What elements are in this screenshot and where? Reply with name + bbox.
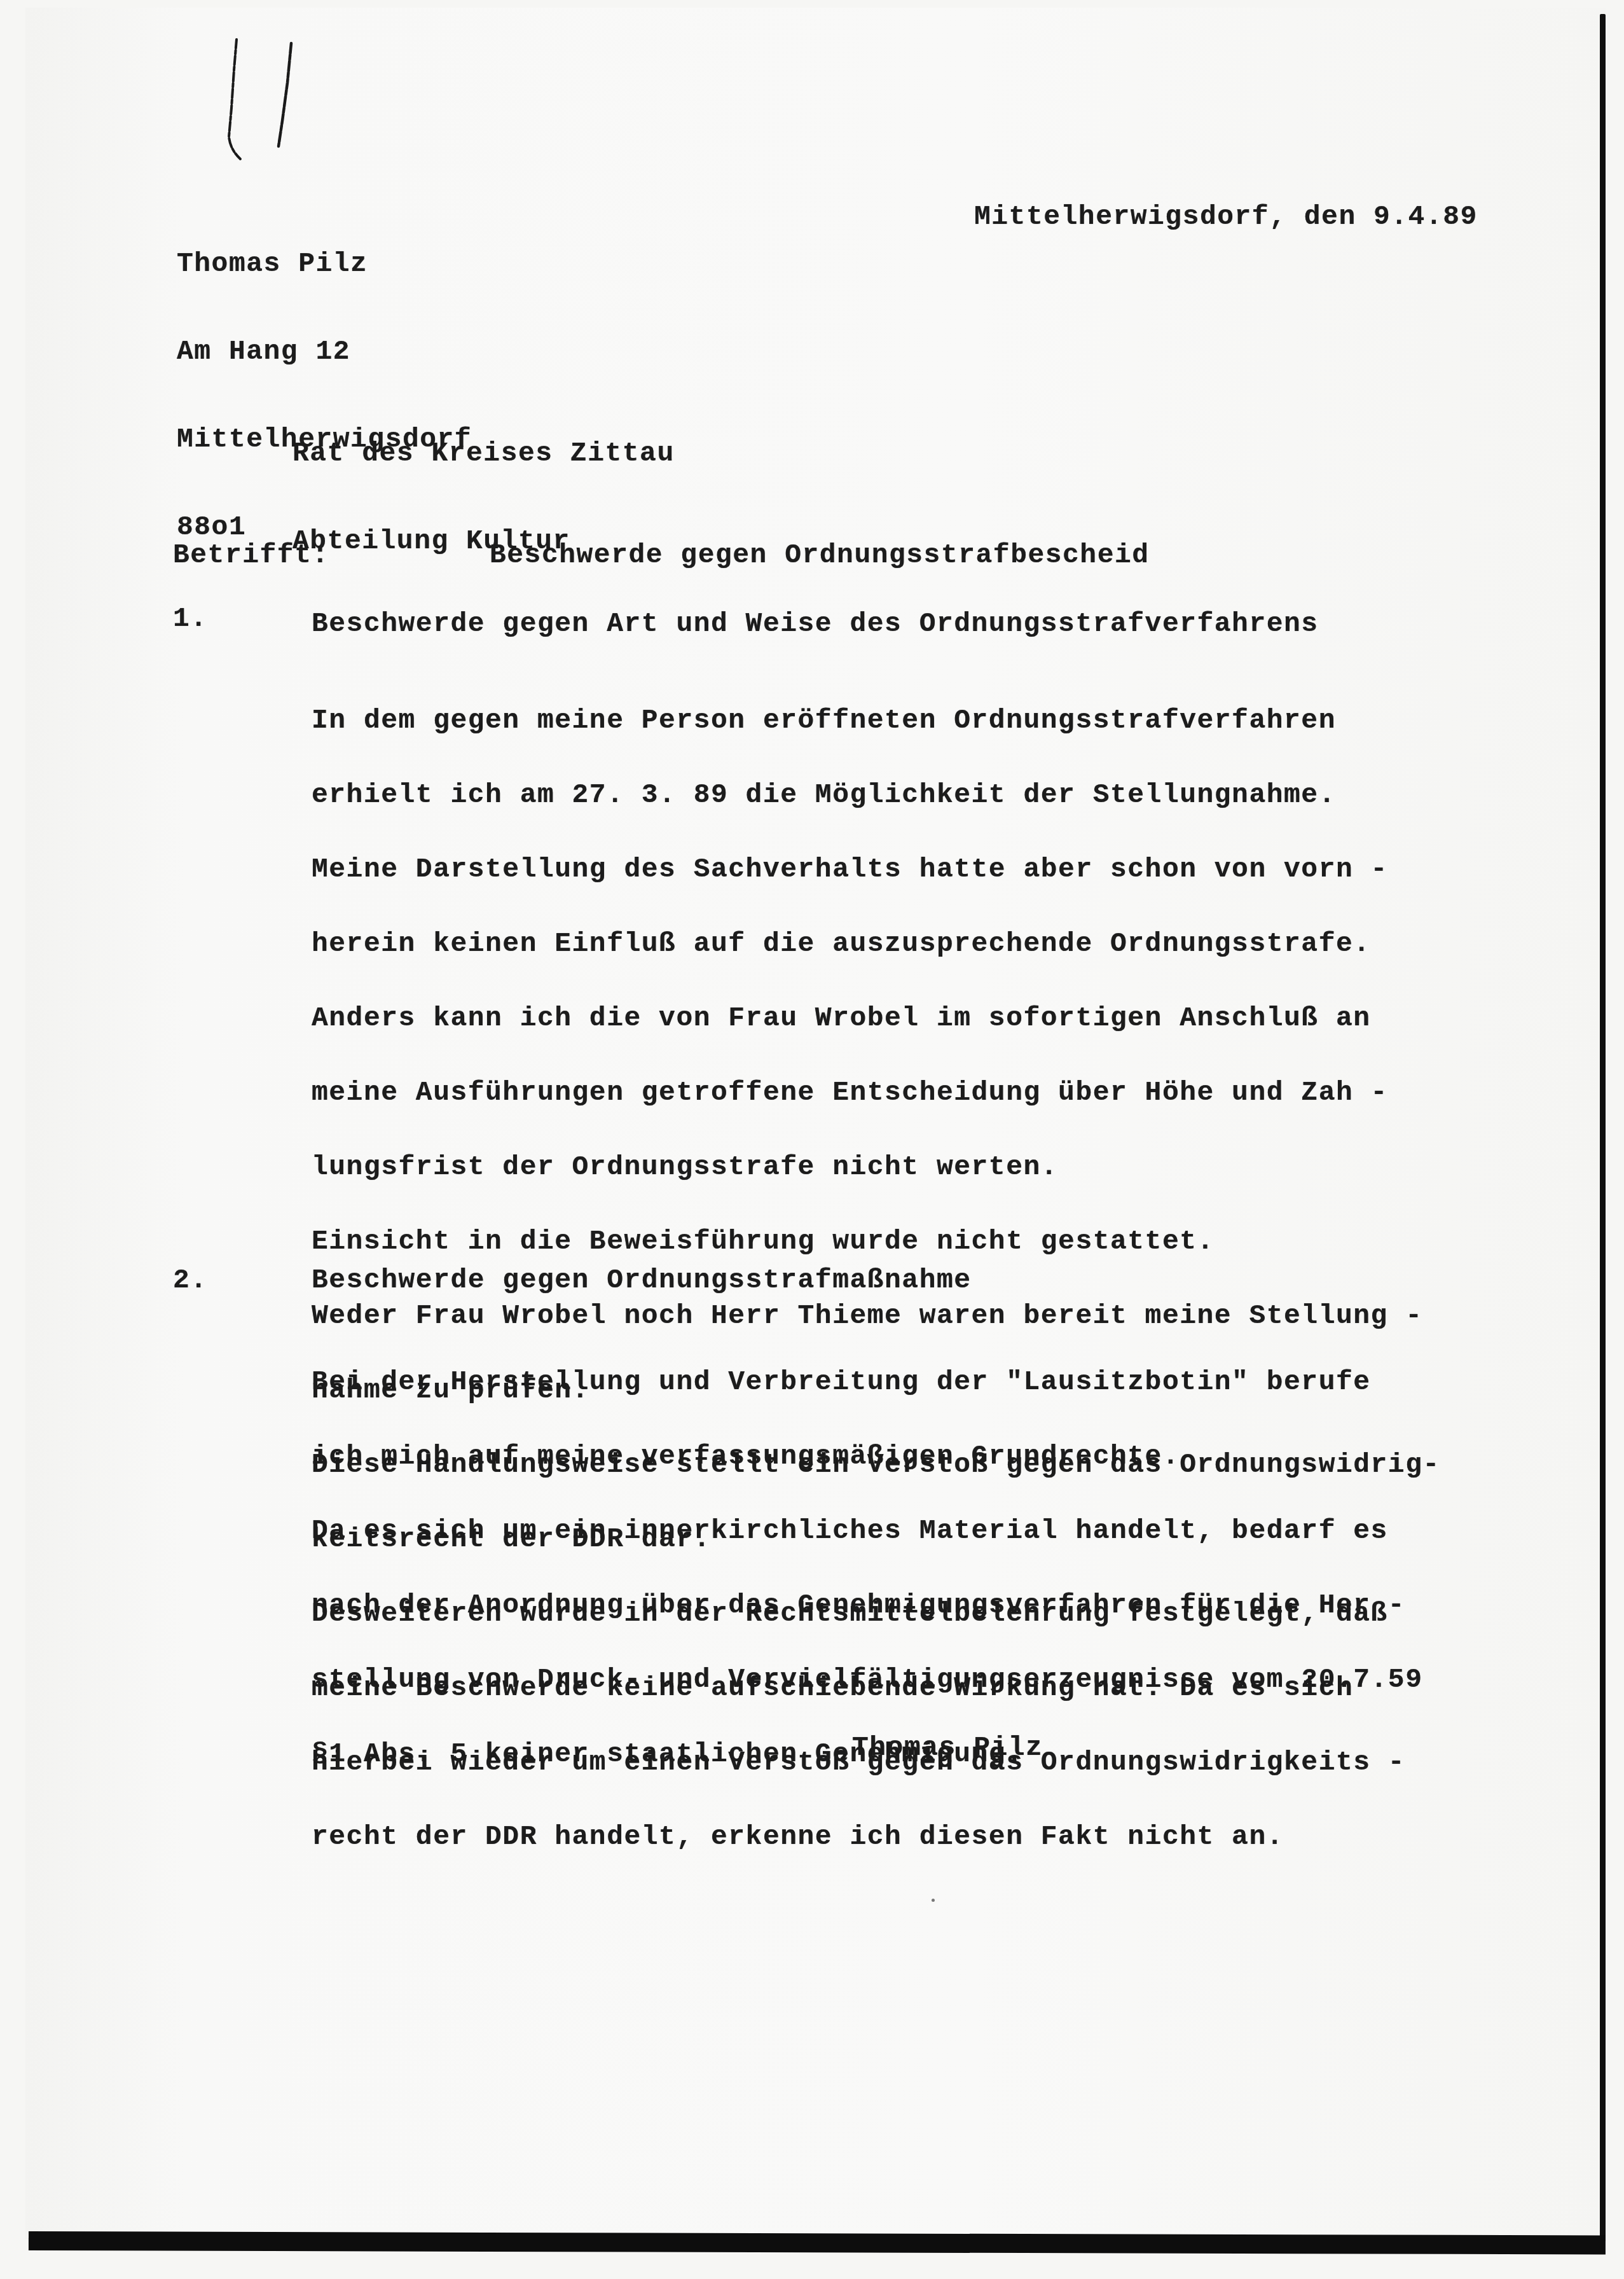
body-line: Einsicht in die Beweisführung wurde nich… [312,1229,1440,1254]
body-line: herein keinen Einfluß auf die auszusprec… [312,931,1440,956]
body-line: Anders kann ich die von Frau Wrobel im s… [312,1006,1440,1030]
body-line: recht der DDR handelt, erkenne ich diese… [312,1824,1440,1849]
section-title: Beschwerde gegen Ordnungsstrafmaßnahme [312,1266,972,1295]
sender-street: Am Hang 12 [177,337,472,366]
section-number: 2. [173,1266,208,1295]
page-edge-right [1600,14,1606,2241]
subject-label: Betrifft: [173,541,329,570]
handwritten-marks [216,32,318,172]
page-edge-bottom [29,2231,1606,2254]
subject-text: Beschwerde gegen Ordnungsstrafbescheid [490,541,1150,570]
signature: Thomas Pilz [852,1733,1043,1763]
body-line: ich mich auf meine verfassungsmäßigen Gr… [312,1444,1422,1469]
body-line: stellung von Druck- und Vervielfältigung… [312,1667,1422,1692]
sender-name: Thomas Pilz [177,249,472,279]
body-line: Da es sich um ein innerkirchliches Mater… [312,1518,1422,1543]
section-body: Bei der Herstellung und Verbreitung der … [312,1320,1422,1791]
recipient-line: Rat des Kreises Zittau [292,439,675,468]
body-line: In dem gegen meine Person eröffneten Ord… [312,708,1440,733]
body-line: nach der Anordnung über das Genehmigungs… [312,1593,1422,1617]
body-line: meine Ausführungen getroffene Entscheidu… [312,1080,1440,1105]
place-date: Mittelherwigsdorf, den 9.4.89 [974,202,1478,232]
body-line: Bei der Herstellung und Verbreitung der … [312,1369,1422,1394]
body-line: erhielt ich am 27. 3. 89 die Möglichkeit… [312,782,1440,807]
body-line: Meine Darstellung des Sachverhalts hatte… [312,857,1440,882]
body-line: lungsfrist der Ordnungsstrafe nicht wert… [312,1154,1440,1179]
speck [932,1899,935,1902]
section-title: Beschwerde gegen Art und Weise des Ordnu… [312,609,1319,639]
section-number: 1. [173,604,208,634]
